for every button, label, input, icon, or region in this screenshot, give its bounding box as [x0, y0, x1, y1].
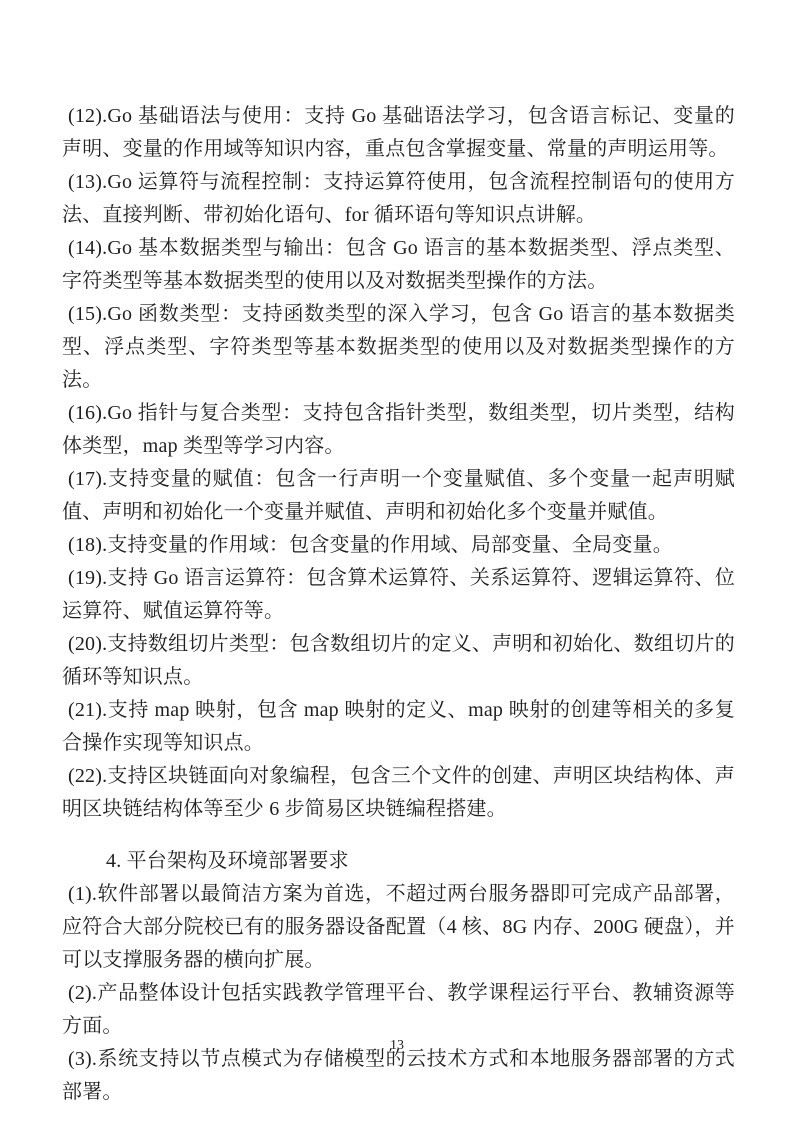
requirement-item-12: (12).Go 基础语法与使用：支持 Go 基础语法学习，包含语言标记、变量的声… [62, 100, 735, 166]
requirement-item-21: (21).支持 map 映射，包含 map 映射的定义、map 映射的创建等相关… [62, 694, 735, 760]
page-number: 13 [0, 1037, 794, 1055]
requirement-item-13: (13).Go 运算符与流程控制：支持运算符使用，包含流程控制语句的使用方法、直… [62, 166, 735, 232]
requirement-item-20: (20).支持数组切片类型：包含数组切片的定义、声明和初始化、数组切片的循环等知… [62, 628, 735, 694]
requirement-item-14: (14).Go 基本数据类型与输出：包含 Go 语言的基本数据类型、浮点类型、字… [62, 232, 735, 298]
requirement-item-22: (22).支持区块链面向对象编程，包含三个文件的创建、声明区块结构体、声明区块链… [62, 760, 735, 826]
deployment-item-1: (1).软件部署以最简洁方案为首选，不超过两台服务器即可完成产品部署，应符合大部… [62, 878, 735, 977]
requirement-item-16: (16).Go 指针与复合类型：支持包含指针类型，数组类型，切片类型，结构体类型… [62, 397, 735, 463]
requirement-item-19: (19).支持 Go 语言运算符：包含算术运算符、关系运算符、逻辑运算符、位运算… [62, 562, 735, 628]
requirement-item-17: (17).支持变量的赋值：包含一行声明一个变量赋值、多个变量一起声明赋值、声明和… [62, 463, 735, 529]
requirement-item-18: (18).支持变量的作用域：包含变量的作用域、局部变量、全局变量。 [62, 529, 735, 562]
deployment-item-2: (2).产品整体设计包括实践教学管理平台、教学课程运行平台、教辅资源等方面。 [62, 977, 735, 1043]
document-page: (12).Go 基础语法与使用：支持 Go 基础语法学习，包含语言标记、变量的声… [0, 0, 794, 1122]
page-content: (12).Go 基础语法与使用：支持 Go 基础语法学习，包含语言标记、变量的声… [62, 100, 735, 1109]
section-heading-platform-architecture: 4. 平台架构及环境部署要求 [62, 845, 735, 878]
requirement-item-15: (15).Go 函数类型：支持函数类型的深入学习，包含 Go 语言的基本数据类型… [62, 298, 735, 397]
